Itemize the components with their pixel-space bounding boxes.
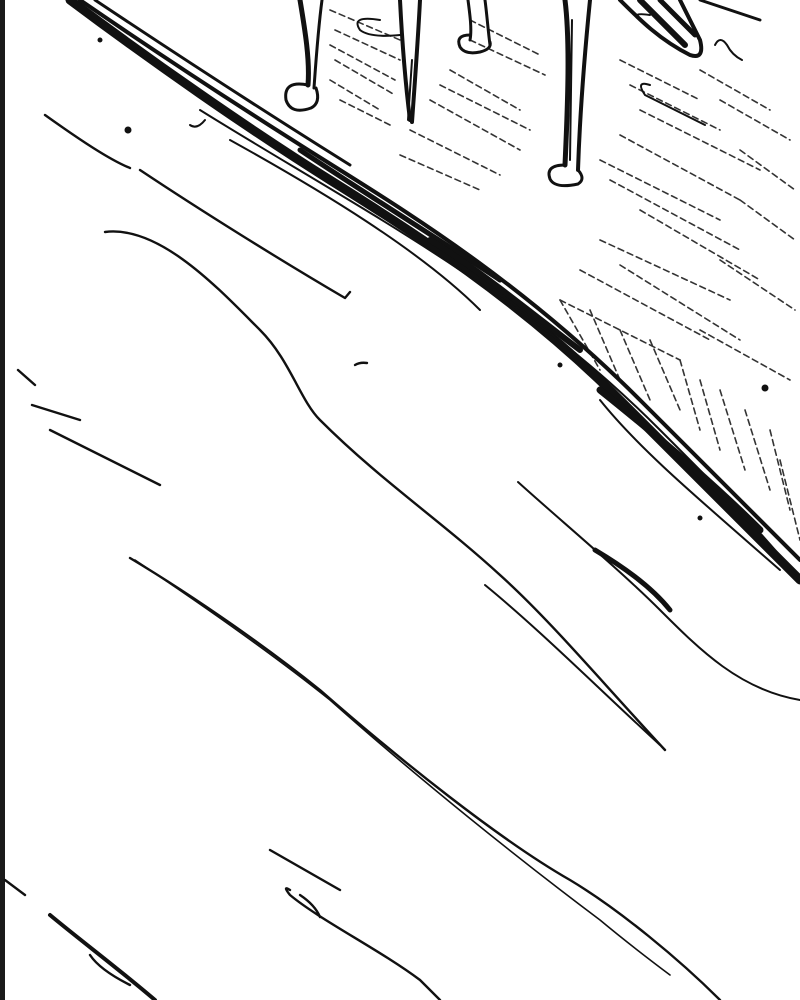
hatched-shadow-area [330,10,800,540]
ink-sketch [0,0,800,1000]
animal-leg [565,0,568,165]
ridge-line [70,0,800,580]
hoof [459,35,491,53]
animal-legs [286,0,760,186]
animal-leg [300,0,308,85]
slope-strokes [5,115,800,1000]
